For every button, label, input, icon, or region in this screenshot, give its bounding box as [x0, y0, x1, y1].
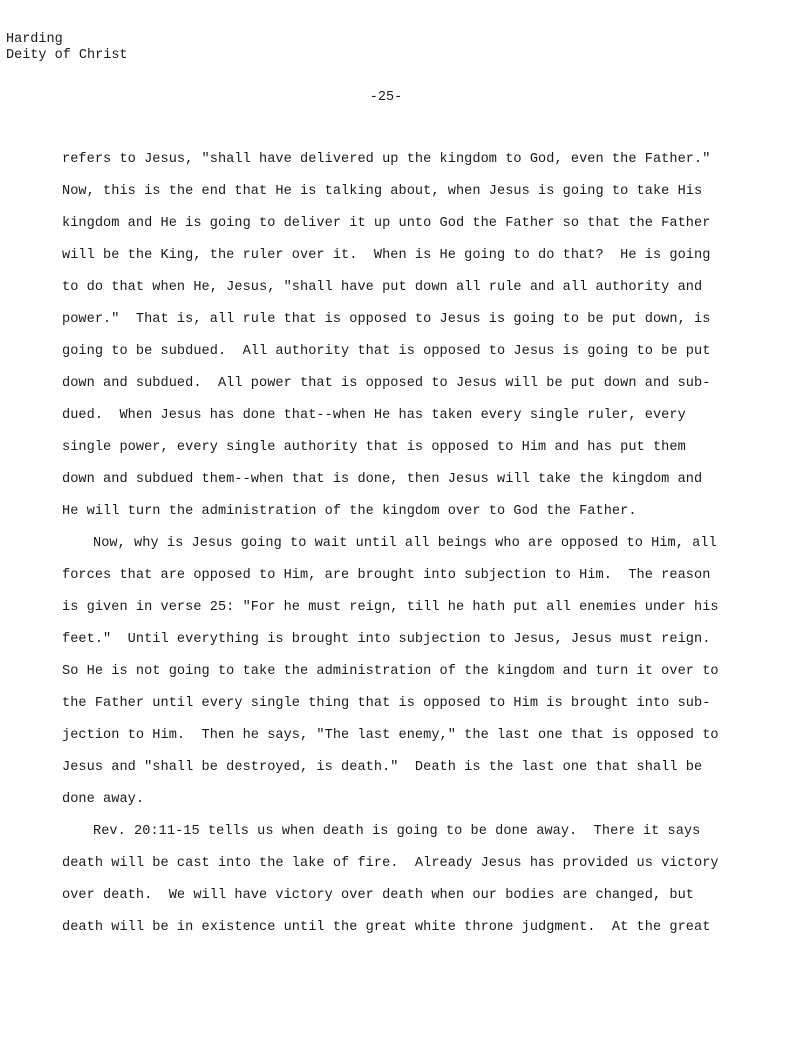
text-line: Jesus and "shall be destroyed, is death.… [62, 752, 742, 784]
text-line: dued. When Jesus has done that--when He … [62, 400, 742, 432]
text-line: power." That is, all rule that is oppose… [62, 304, 742, 336]
text-line: down and subdued. All power that is oppo… [62, 368, 742, 400]
text-line: Now, this is the end that He is talking … [62, 176, 742, 208]
text-line: over death. We will have victory over de… [62, 880, 742, 912]
header-author: Harding [6, 32, 128, 48]
text-line: jection to Him. Then he says, "The last … [62, 720, 742, 752]
text-line: feet." Until everything is brought into … [62, 624, 742, 656]
text-line: the Father until every single thing that… [62, 688, 742, 720]
paragraph: refers to Jesus, "shall have delivered u… [62, 144, 742, 528]
text-line: single power, every single authority tha… [62, 432, 742, 464]
text-line: So He is not going to take the administr… [62, 656, 742, 688]
text-line: refers to Jesus, "shall have delivered u… [62, 144, 742, 176]
text-line: He will turn the administration of the k… [62, 496, 742, 528]
text-line: death will be in existence until the gre… [62, 912, 742, 944]
text-line: done away. [62, 784, 742, 816]
header-title: Deity of Christ [6, 48, 128, 64]
text-line: forces that are opposed to Him, are brou… [62, 560, 742, 592]
text-line: to do that when He, Jesus, "shall have p… [62, 272, 742, 304]
page-number: -25- [366, 90, 406, 105]
text-line: kingdom and He is going to deliver it up… [62, 208, 742, 240]
paragraph: Now, why is Jesus going to wait until al… [62, 528, 742, 816]
text-line: death will be cast into the lake of fire… [62, 848, 742, 880]
text-line: Now, why is Jesus going to wait until al… [62, 528, 742, 560]
text-line: will be the King, the ruler over it. Whe… [62, 240, 742, 272]
text-line: down and subdued them--when that is done… [62, 464, 742, 496]
body-text: refers to Jesus, "shall have delivered u… [62, 144, 742, 944]
text-line: going to be subdued. All authority that … [62, 336, 742, 368]
paragraph: Rev. 20:11-15 tells us when death is goi… [62, 816, 742, 944]
document-header: Harding Deity of Christ [6, 32, 128, 64]
text-line: is given in verse 25: "For he must reign… [62, 592, 742, 624]
text-line: Rev. 20:11-15 tells us when death is goi… [62, 816, 742, 848]
